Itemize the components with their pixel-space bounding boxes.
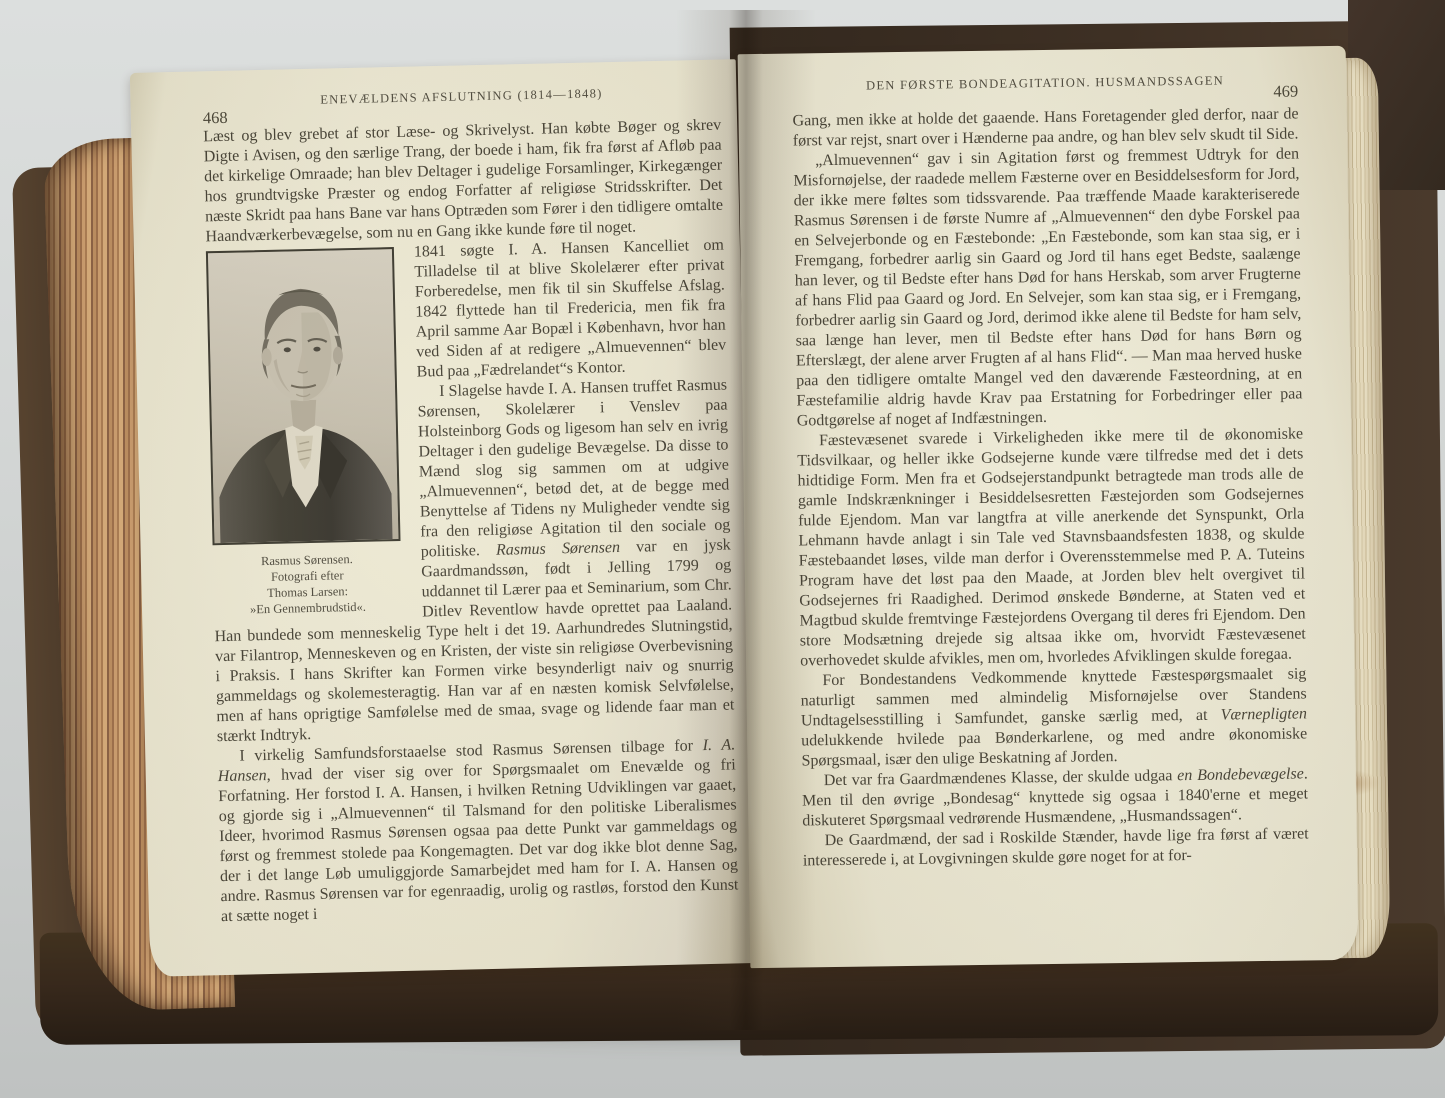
portrait-photo (206, 247, 401, 545)
photo-background: { "colors": { "paper": "#ece8d2", "ink":… (0, 0, 1445, 1098)
paragraph: De Gaardmænd, der sad i Roskilde Stænder… (803, 824, 1310, 871)
paragraph: „Almuevennen“ gav i sin Agitation først … (793, 144, 1303, 431)
paragraph: For Bondestandens Vedkommende knyttede F… (800, 664, 1307, 771)
running-header-left: ENEVÆLDENS AFSLUTNING (1814—1848) (202, 84, 720, 111)
body-text-right: Gang, men ikke at holde det gaaende. Han… (792, 104, 1309, 871)
paragraph: Gang, men ikke at holde det gaaende. Han… (792, 104, 1299, 151)
paragraph: Fæstevæsenet svarede i Virkeligheden ikk… (797, 424, 1306, 671)
portrait-illustration (208, 249, 399, 543)
page-number-left: 468 (203, 108, 228, 129)
running-header-right: DEN FØRSTE BONDEAGITATION. HUSMANDSSAGEN (792, 72, 1298, 94)
left-page: ENEVÆLDENS AFSLUTNING (1814—1848) 468 Læ… (130, 59, 756, 977)
right-page: DEN FØRSTE BONDEAGITATION. HUSMANDSSAGEN… (738, 46, 1359, 968)
portrait-figure: Rasmus Sørensen. Fotografi efter Thomas … (206, 247, 402, 618)
paragraph: Det var fra Gaardmændenes Klasse, der sk… (802, 764, 1309, 831)
page-number-right: 469 (1273, 81, 1298, 101)
paragraph: I virkelig Samfundsforstaaelse stod Rasm… (217, 735, 739, 927)
body-text-left: Læst og blev grebet af stor Læse- og Skr… (203, 116, 739, 928)
paragraph: Læst og blev grebet af stor Læse- og Skr… (203, 116, 724, 248)
wrap-section: Rasmus Sørensen. Fotografi efter Thomas … (206, 236, 739, 928)
portrait-caption: Rasmus Sørensen. Fotografi efter Thomas … (213, 550, 402, 618)
